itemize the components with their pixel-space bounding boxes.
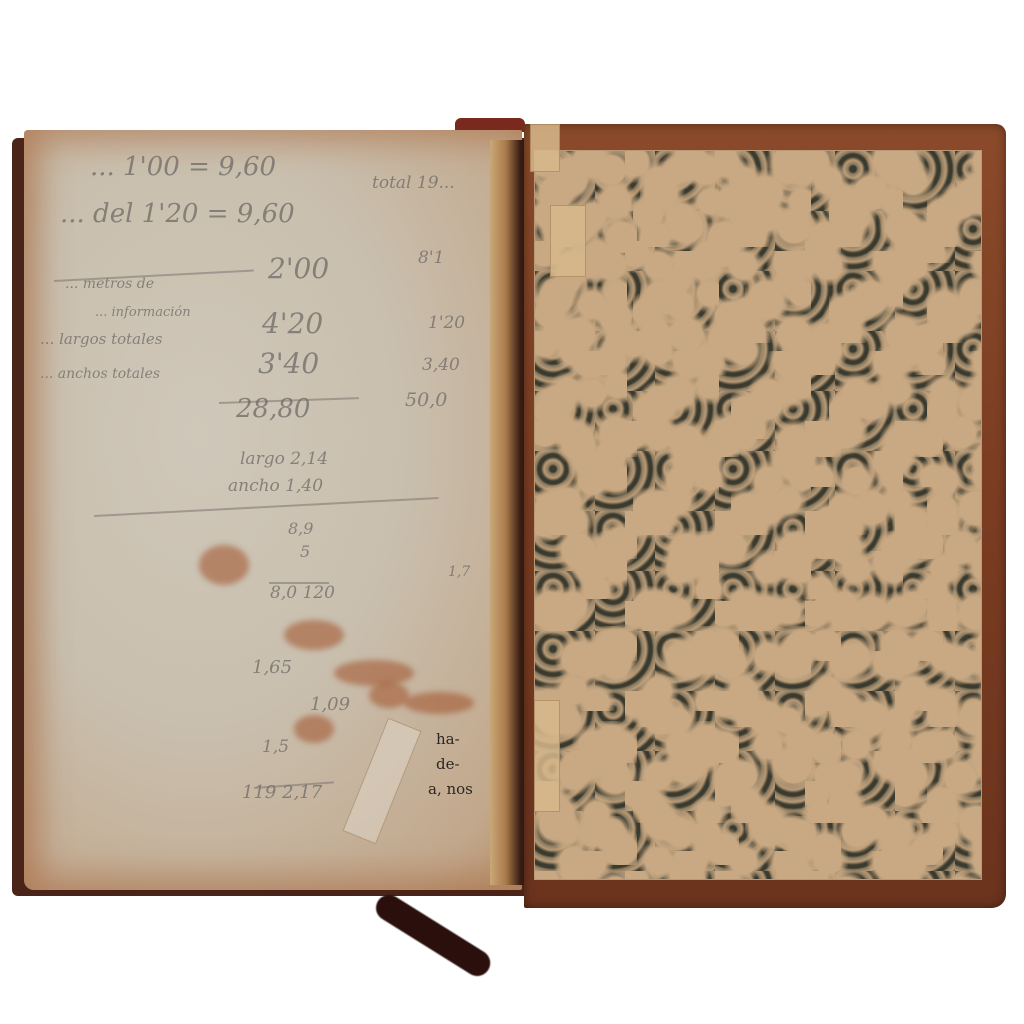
- pencil-note: 1,09: [310, 694, 350, 715]
- pencil-note: ... 1'00 = 9,60: [90, 152, 276, 182]
- stain: [199, 545, 249, 585]
- pencil-note: 50,0: [405, 389, 447, 411]
- marbled-endpaper: [534, 150, 982, 880]
- pencil-note: ... anchos totales: [40, 366, 160, 382]
- paper-tear: [534, 700, 560, 812]
- bookmark-ribbon: [371, 890, 495, 981]
- pencil-note: ... metros de: [65, 276, 154, 292]
- pencil-note: 1,7: [448, 564, 470, 580]
- pencil-note: 5: [300, 542, 310, 561]
- pencil-note: 1,65: [252, 657, 292, 678]
- printed-text-fragment: de-: [436, 755, 460, 773]
- paper-tear: [530, 124, 560, 172]
- pencil-note: total 19...: [372, 173, 455, 193]
- pencil-note: 28,80: [236, 394, 310, 424]
- pencil-line: [269, 582, 329, 584]
- pencil-note: 8'1: [418, 248, 444, 268]
- pencil-note: 119 2,17: [242, 782, 322, 803]
- pencil-note: ... largos totales: [40, 330, 162, 348]
- pencil-note: ... información: [95, 305, 191, 320]
- stain: [369, 682, 409, 708]
- stain: [404, 692, 474, 714]
- pencil-line: [54, 270, 254, 282]
- torn-paper-strip: [342, 718, 421, 845]
- stain: [284, 620, 344, 650]
- pencil-line: [94, 497, 439, 517]
- stain: [294, 715, 334, 743]
- pencil-note: 4'20: [262, 307, 323, 340]
- paper-tear: [550, 205, 586, 277]
- stain: [334, 660, 414, 686]
- printed-text-fragment: ha-: [436, 730, 460, 748]
- pencil-line: [219, 397, 359, 403]
- pencil-note: ... del 1'20 = 9,60: [60, 199, 295, 229]
- book-photo: ha- de- a, nos ... 1'00 = 9,60... del 1'…: [0, 0, 1024, 1024]
- pencil-note: 1,5: [262, 737, 289, 757]
- pencil-line: [254, 781, 334, 788]
- pencil-note: 8,9: [288, 519, 313, 538]
- pencil-note: largo 2,14: [240, 449, 328, 469]
- pencil-note: 3,40: [422, 355, 460, 375]
- pencil-note: 2'00: [268, 252, 329, 285]
- pencil-note: 1'20: [428, 313, 465, 333]
- printed-text-fragment: a, nos: [428, 780, 473, 798]
- left-page: ha- de- a, nos ... 1'00 = 9,60... del 1'…: [24, 130, 522, 890]
- pencil-note: 8,0 120: [270, 583, 335, 603]
- pencil-note: 3'40: [258, 347, 319, 380]
- pencil-note: ancho 1,40: [228, 476, 323, 496]
